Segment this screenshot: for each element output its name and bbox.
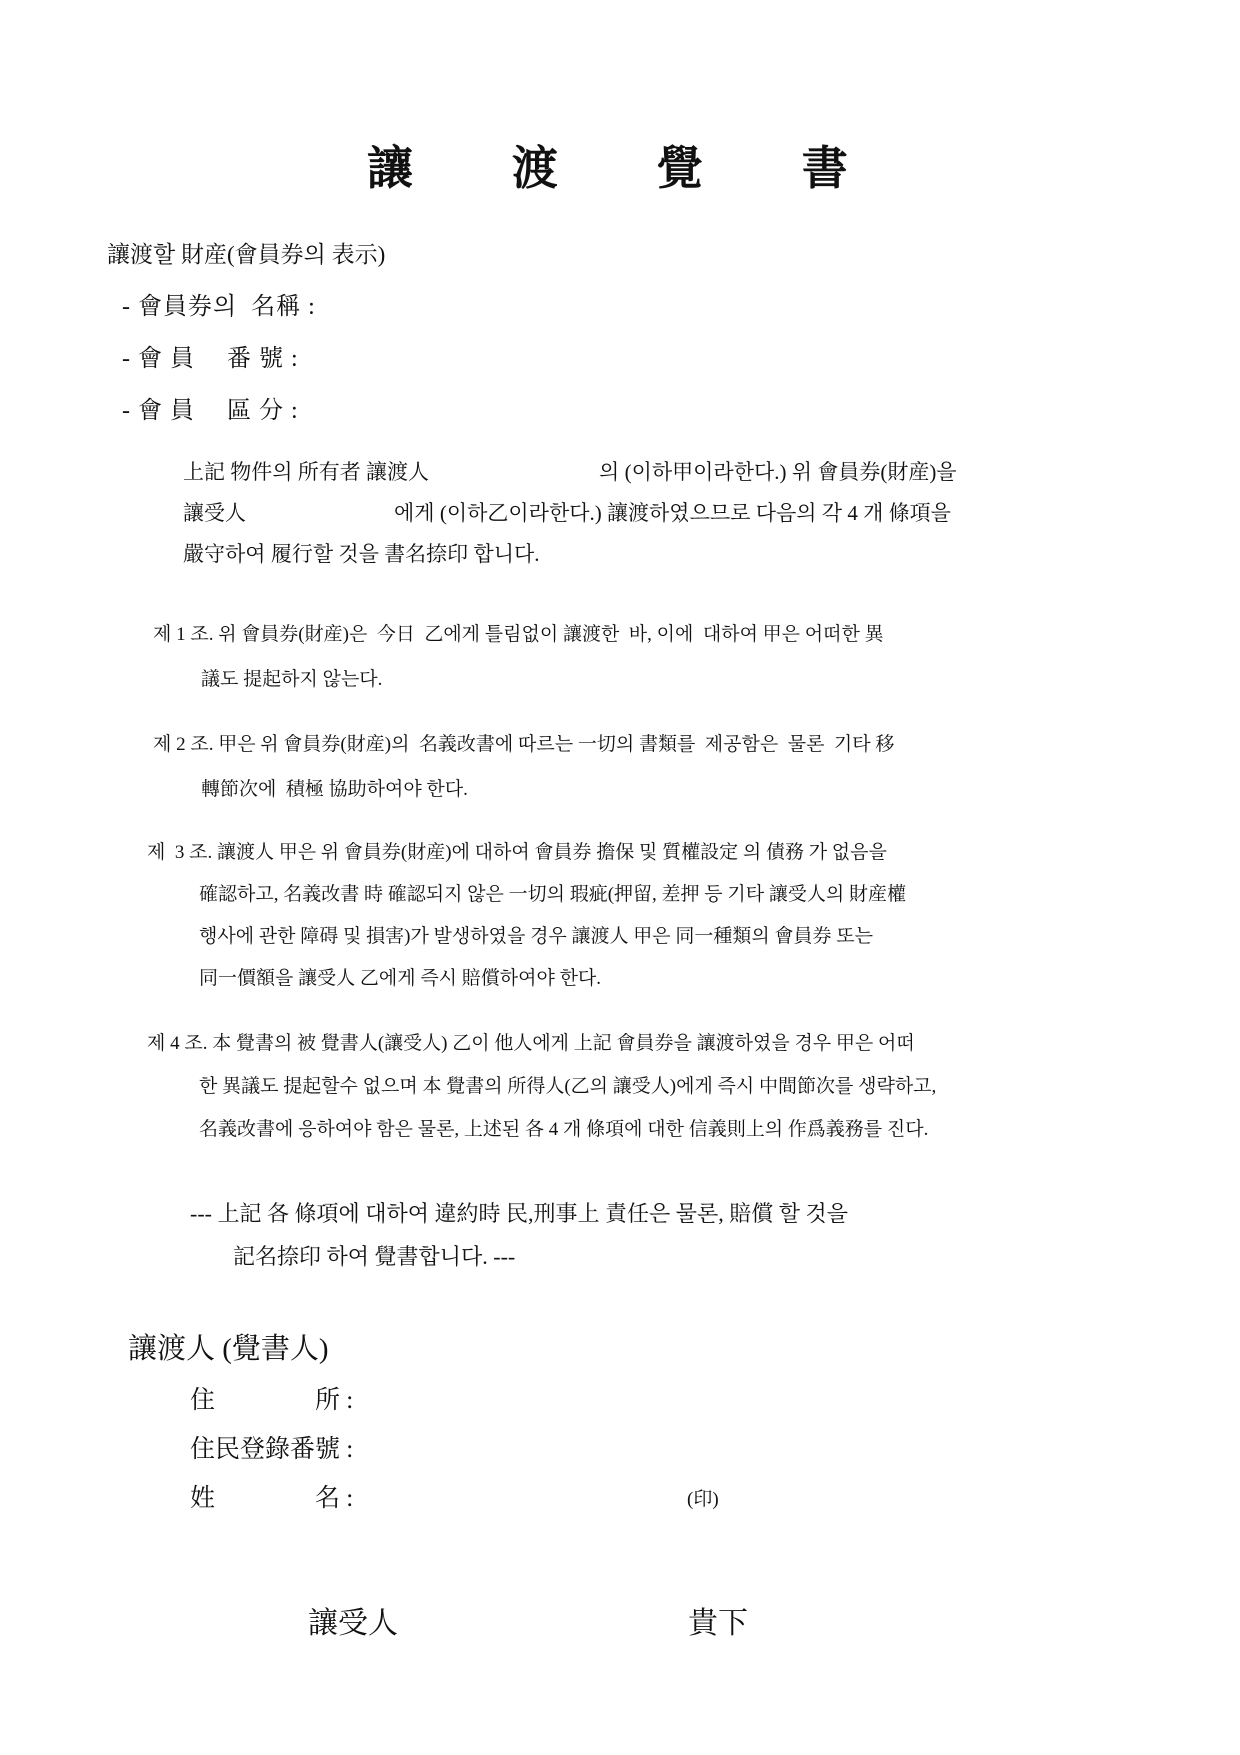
property-item-membership-name: - 會員券의 名稱 : xyxy=(122,286,385,321)
article-3-line-1: 제 3 조. 讓渡人 甲은 위 會員券(財産)에 대하여 會員券 擔保 및 質權… xyxy=(147,832,906,874)
intro-line-3: 嚴守하여 履行할 것을 書名捺印 합니다. xyxy=(183,534,983,575)
article-1: 제 1 조. 위 會員券(財産)은 今日 乙에게 틀림없이 讓渡한 바, 이에 … xyxy=(153,612,884,702)
intro-line-2: 讓受人에게 (이하乙이라한다.) 讓渡하였으므로 다음의 각 4 개 條項을 xyxy=(183,493,983,534)
document-title: 讓 渡 覺 書 xyxy=(0,132,1240,198)
honorific-label: 貴下 xyxy=(688,1598,748,1642)
property-section: 讓渡할 財産(會員券의 表示) - 會員券의 名稱 : - 會 員 番 號 : … xyxy=(107,236,385,425)
grantor-name-blank xyxy=(429,478,599,479)
property-heading: 讓渡할 財産(會員券의 表示) xyxy=(107,236,385,269)
address-label: 住 所 : xyxy=(190,1380,353,1416)
intro-line1-continuation: 의 (이하甲이라한다.) 위 會員券(財産)을 xyxy=(599,460,957,484)
article-1-line-1: 제 1 조. 위 會員券(財産)은 今日 乙에게 틀림없이 讓渡한 바, 이에 … xyxy=(153,612,884,657)
name-row: 姓 名 :(印) xyxy=(190,1478,353,1514)
article-1-line-2: 議도 提起하지 않는다. xyxy=(201,657,884,702)
intro-line-1: 上記 物件의 所有者 讓渡人의 (이하甲이라한다.) 위 會員券(財産)을 xyxy=(183,452,983,493)
grantor-signature-heading: 讓渡人 (覺書人) xyxy=(128,1326,353,1367)
intro-paragraph: 上記 物件의 所有者 讓渡人의 (이하甲이라한다.) 위 會員券(財産)을 讓受… xyxy=(183,452,983,575)
article-2: 제 2 조. 甲은 위 會員券(財産)의 名義改書에 따르는 一切의 書類를 제… xyxy=(153,722,894,812)
article-3-line-4: 同一價額을 讓受人 乙에게 즉시 賠償하여야 한다. xyxy=(199,958,906,1000)
article-3-line-3: 행사에 관한 障碍 및 損害)가 발생하였을 경우 讓渡人 甲은 同一種類의 會… xyxy=(199,916,906,958)
memorandum-page: 讓 渡 覺 書 讓渡할 財産(會員券의 表示) - 會員券의 名稱 : - 會 … xyxy=(0,0,1240,1755)
closing-statement: --- 上記 各 條項에 대하여 違約時 民,刑事上 責任은 물론, 賠償 할 … xyxy=(190,1192,848,1278)
name-label: 姓 名 : xyxy=(190,1485,353,1512)
intro-line2-continuation: 에게 (이하乙이라한다.) 讓渡하였으므로 다음의 각 4 개 條項을 xyxy=(394,501,951,525)
article-3: 제 3 조. 讓渡人 甲은 위 會員券(財産)에 대하여 會員券 擔保 및 質權… xyxy=(147,832,906,1000)
article-4: 제 4 조. 本 覺書의 被 覺書人(讓受人) 乙이 他人에게 上記 會員券을 … xyxy=(147,1022,936,1151)
grantee-label: 讓受人 xyxy=(308,1598,398,1642)
article-4-line-1: 제 4 조. 本 覺書의 被 覺書人(讓受人) 乙이 他人에게 上記 會員券을 … xyxy=(147,1022,936,1065)
closing-line-2: 記名捺印 하여 覺書합니다. --- xyxy=(233,1235,848,1278)
property-item-member-class: - 會 員 區 分 : xyxy=(122,390,385,425)
intro-line1-text: 上記 物件의 所有者 讓渡人 xyxy=(183,460,429,484)
article-4-line-2: 한 異議도 提起할수 없으며 本 覺書의 所得人(乙의 讓受人)에게 즉시 中間… xyxy=(199,1065,936,1108)
grantee-name-blank xyxy=(246,519,394,520)
resident-id-label: 住民登錄番號 : xyxy=(190,1429,353,1465)
article-2-line-2: 轉節次에 積極 協助하여야 한다. xyxy=(201,767,894,812)
intro-line2-text: 讓受人 xyxy=(183,501,246,525)
property-item-member-number: - 會 員 番 號 : xyxy=(122,338,385,373)
article-2-line-1: 제 2 조. 甲은 위 會員券(財産)의 名義改書에 따르는 一切의 書類를 제… xyxy=(153,722,894,767)
signature-section: 讓渡人 (覺書人) 住 所 : 住民登錄番號 : 姓 名 :(印) xyxy=(128,1326,353,1514)
article-4-line-3: 名義改書에 응하여야 함은 물론, 上述된 各 4 개 條項에 대한 信義則上의… xyxy=(199,1108,936,1151)
seal-mark: (印) xyxy=(687,1484,719,1511)
closing-line-1: --- 上記 各 條項에 대하여 違約時 民,刑事上 責任은 물론, 賠償 할 … xyxy=(190,1192,848,1235)
article-3-line-2: 確認하고, 名義改書 時 確認되지 않은 一切의 瑕疵(押留, 差押 등 기타 … xyxy=(199,874,906,916)
